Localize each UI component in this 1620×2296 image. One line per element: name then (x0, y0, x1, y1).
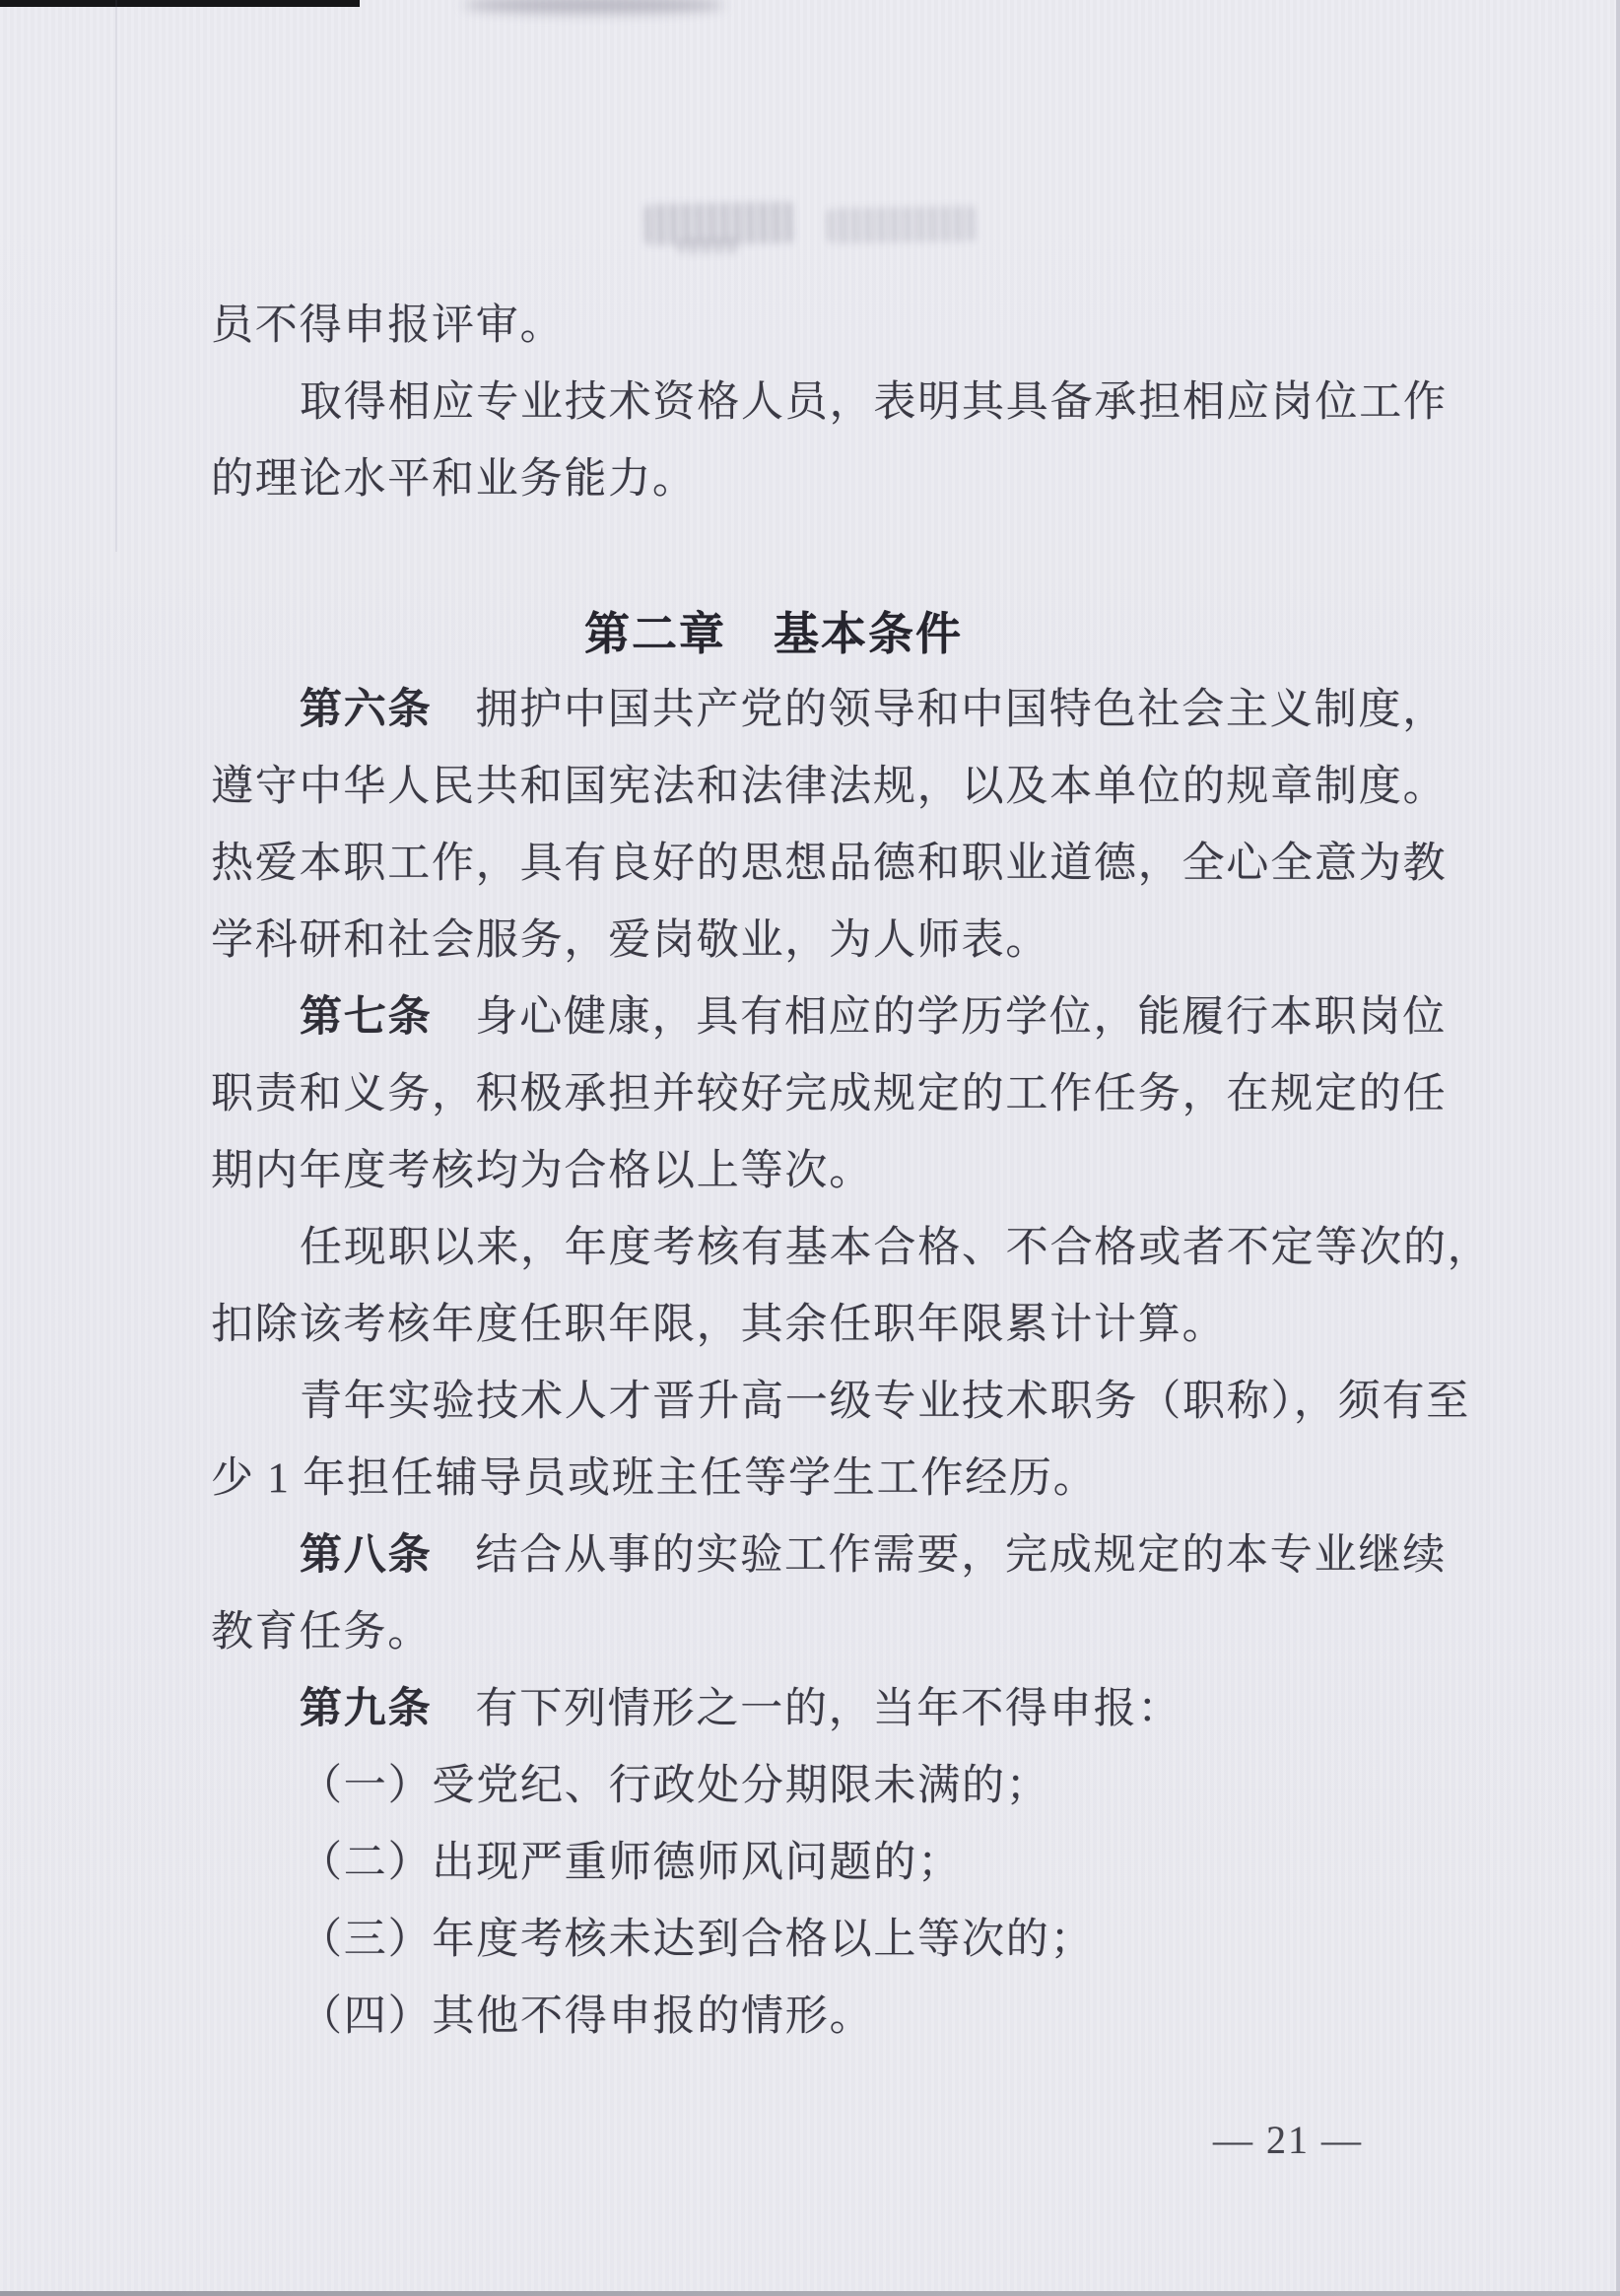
text-line: （二）出现严重师德师风问题的； (211, 1825, 1454, 1902)
text-line: 热爱本职工作，具有良好的思想品德和职业道德，全心全意为教 (211, 826, 1454, 903)
line-text: 取得相应专业技术资格人员，表明其具备承担相应岗位工作 (300, 379, 1448, 426)
line-text: 结合从事的实验工作需要，完成规定的本专业继续 (475, 1532, 1447, 1579)
text-line: 第九条有下列情形之一的，当年不得申报： (211, 1671, 1454, 1748)
line-text: 学科研和社会服务，爱岗敬业，为人师表。 (211, 917, 1049, 964)
line-text: 员不得申报评审。 (211, 303, 564, 349)
line-text: 青年实验技术人才晋升高一级专业技术职务（职称），须有至 (300, 1379, 1470, 1425)
text-line: 青年实验技术人才晋升高一级专业技术职务（职称），须有至 (211, 1364, 1454, 1441)
line-text: 身心健康，具有相应的学历学位，能履行本职岗位 (475, 994, 1447, 1041)
text-line: 职责和义务，积极承担并较好完成规定的工作任务，在规定的任 (211, 1056, 1454, 1133)
text-line: 少 1 年担任辅导员或班主任等学生工作经历。 (211, 1441, 1454, 1518)
text-line: 扣除该考核年度任职年限，其余任职年限累计计算。 (211, 1287, 1454, 1364)
scan-edge-artifact-bottom (0, 2291, 1620, 2296)
text-line: 第七条身心健康，具有相应的学历学位，能履行本职岗位 (211, 979, 1454, 1056)
line-text: 职责和义务，积极承担并较好完成规定的工作任务，在规定的任 (211, 1071, 1447, 1117)
text-line: 第八条结合从事的实验工作需要，完成规定的本专业继续 (211, 1518, 1454, 1594)
text-line: 员不得申报评审。 (211, 288, 1454, 365)
text-line: 的理论水平和业务能力。 (211, 441, 1454, 518)
blank-line (211, 518, 1454, 595)
bleed-through-smudge (678, 237, 741, 254)
document-body: 员不得申报评审。取得相应专业技术资格人员，表明其具备承担相应岗位工作的理论水平和… (211, 288, 1454, 2056)
text-line: 教育任务。 (211, 1594, 1454, 1671)
line-text: 遵守中华人民共和国宪法和法律法规，以及本单位的规章制度。 (211, 764, 1447, 810)
article-number: 第六条 (300, 687, 432, 733)
text-line: （三）年度考核未达到合格以上等次的； (211, 1902, 1454, 1979)
article-number: 第七条 (300, 994, 432, 1041)
text-line: 任现职以来，年度考核有基本合格、不合格或者不定等次的， (211, 1210, 1454, 1287)
text-line: （四）其他不得申报的情形。 (211, 1979, 1454, 2056)
line-text: （一）受党纪、行政处分期限未满的； (300, 1763, 1050, 1809)
text-line: 学科研和社会服务，爱岗敬业，为人师表。 (211, 903, 1454, 979)
line-text: （四）其他不得申报的情形。 (300, 1993, 873, 2040)
line-text: （三）年度考核未达到合格以上等次的； (300, 1917, 1094, 1963)
page-number: — 21 — (1204, 2119, 1372, 2162)
text-line: 第六条拥护中国共产党的领导和中国特色社会主义制度， (211, 672, 1454, 749)
line-text: 拥护中国共产党的领导和中国特色社会主义制度， (475, 687, 1447, 733)
scan-edge-artifact-right (1616, 0, 1620, 2296)
scan-edge-artifact-top-left (0, 0, 360, 7)
article-number: 第八条 (300, 1532, 432, 1579)
article-number: 第九条 (300, 1686, 432, 1732)
paper-crease (115, 0, 117, 552)
line-text: 教育任务。 (211, 1609, 432, 1655)
line-text: 热爱本职工作，具有良好的思想品德和职业道德，全心全意为教 (211, 841, 1447, 887)
line-text: 的理论水平和业务能力。 (211, 456, 697, 503)
bleed-through-smudge (828, 206, 977, 244)
scan-smudge-top-edge (463, 0, 724, 14)
text-line: 期内年度考核均为合格以上等次。 (211, 1133, 1454, 1210)
text-line: 取得相应专业技术资格人员，表明其具备承担相应岗位工作 (211, 365, 1454, 441)
line-text: 任现职以来，年度考核有基本合格、不合格或者不定等次的， (300, 1225, 1492, 1271)
line-text: 扣除该考核年度任职年限，其余任职年限累计计算。 (211, 1302, 1226, 1348)
line-text: （二）出现严重师德师风问题的； (300, 1840, 962, 1886)
line-text: 少 1 年担任辅导员或班主任等学生工作经历。 (211, 1455, 1098, 1502)
text-line: （一）受党纪、行政处分期限未满的； (211, 1748, 1454, 1825)
line-text: 有下列情形之一的，当年不得申报： (475, 1686, 1181, 1732)
scanned-document-page: 员不得申报评审。取得相应专业技术资格人员，表明其具备承担相应岗位工作的理论水平和… (0, 0, 1620, 2296)
chapter-heading: 第二章 基本条件 (211, 595, 1454, 672)
text-line: 遵守中华人民共和国宪法和法律法规，以及本单位的规章制度。 (211, 749, 1454, 826)
line-text: 期内年度考核均为合格以上等次。 (211, 1148, 873, 1194)
